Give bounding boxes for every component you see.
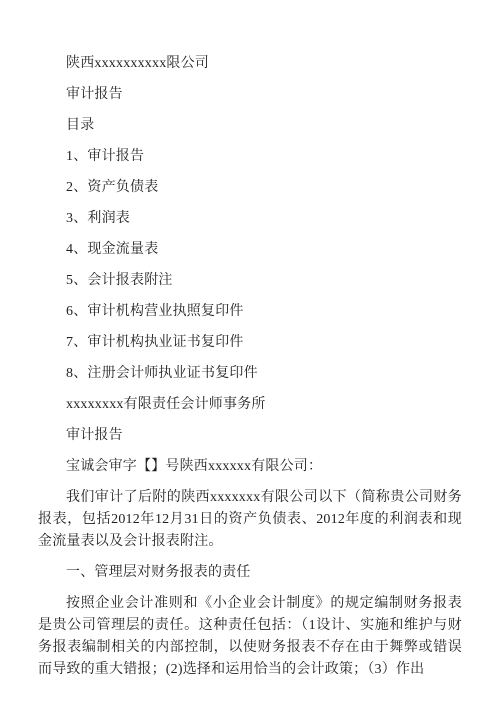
- report-title: 审计报告: [38, 84, 462, 106]
- reference-number-line: 宝诚会审字【】号陕西xxxxxx有限公司：: [38, 456, 462, 478]
- document-page: 陕西xxxxxxxxxx限公司 审计报告 目录 1、审计报告 2、资产负债表 3…: [0, 0, 500, 707]
- toc-item: 4、现金流量表: [38, 239, 462, 261]
- toc-item: 1、审计报告: [38, 146, 462, 168]
- section-heading-management-responsibility: 一、管理层对财务报表的责任: [38, 562, 462, 584]
- toc-item: 7、审计机构执业证书复印件: [38, 332, 462, 354]
- toc-item: 5、会计报表附注: [38, 270, 462, 292]
- toc-item: 6、审计机构营业执照复印件: [38, 301, 462, 323]
- toc-item: 2、资产负债表: [38, 177, 462, 199]
- company-name-line: 陕西xxxxxxxxxx限公司: [38, 53, 462, 75]
- toc-item: 3、利润表: [38, 208, 462, 230]
- management-responsibility-paragraph: 按照企业会计准则和《小企业会计制度》的规定编制财务报表是贵公司管理层的责任。这种…: [38, 593, 462, 681]
- toc-item: 8、注册会计师执业证书复印件: [38, 363, 462, 385]
- toc-heading: 目录: [38, 115, 462, 137]
- intro-paragraph: 我们审计了后附的陕西xxxxxxx有限公司以下（简称贵公司财务报表，包括2012…: [38, 487, 462, 553]
- report-title-body: 审计报告: [38, 425, 462, 447]
- firm-name-line: xxxxxxxx有限责任会计师事务所: [38, 394, 462, 416]
